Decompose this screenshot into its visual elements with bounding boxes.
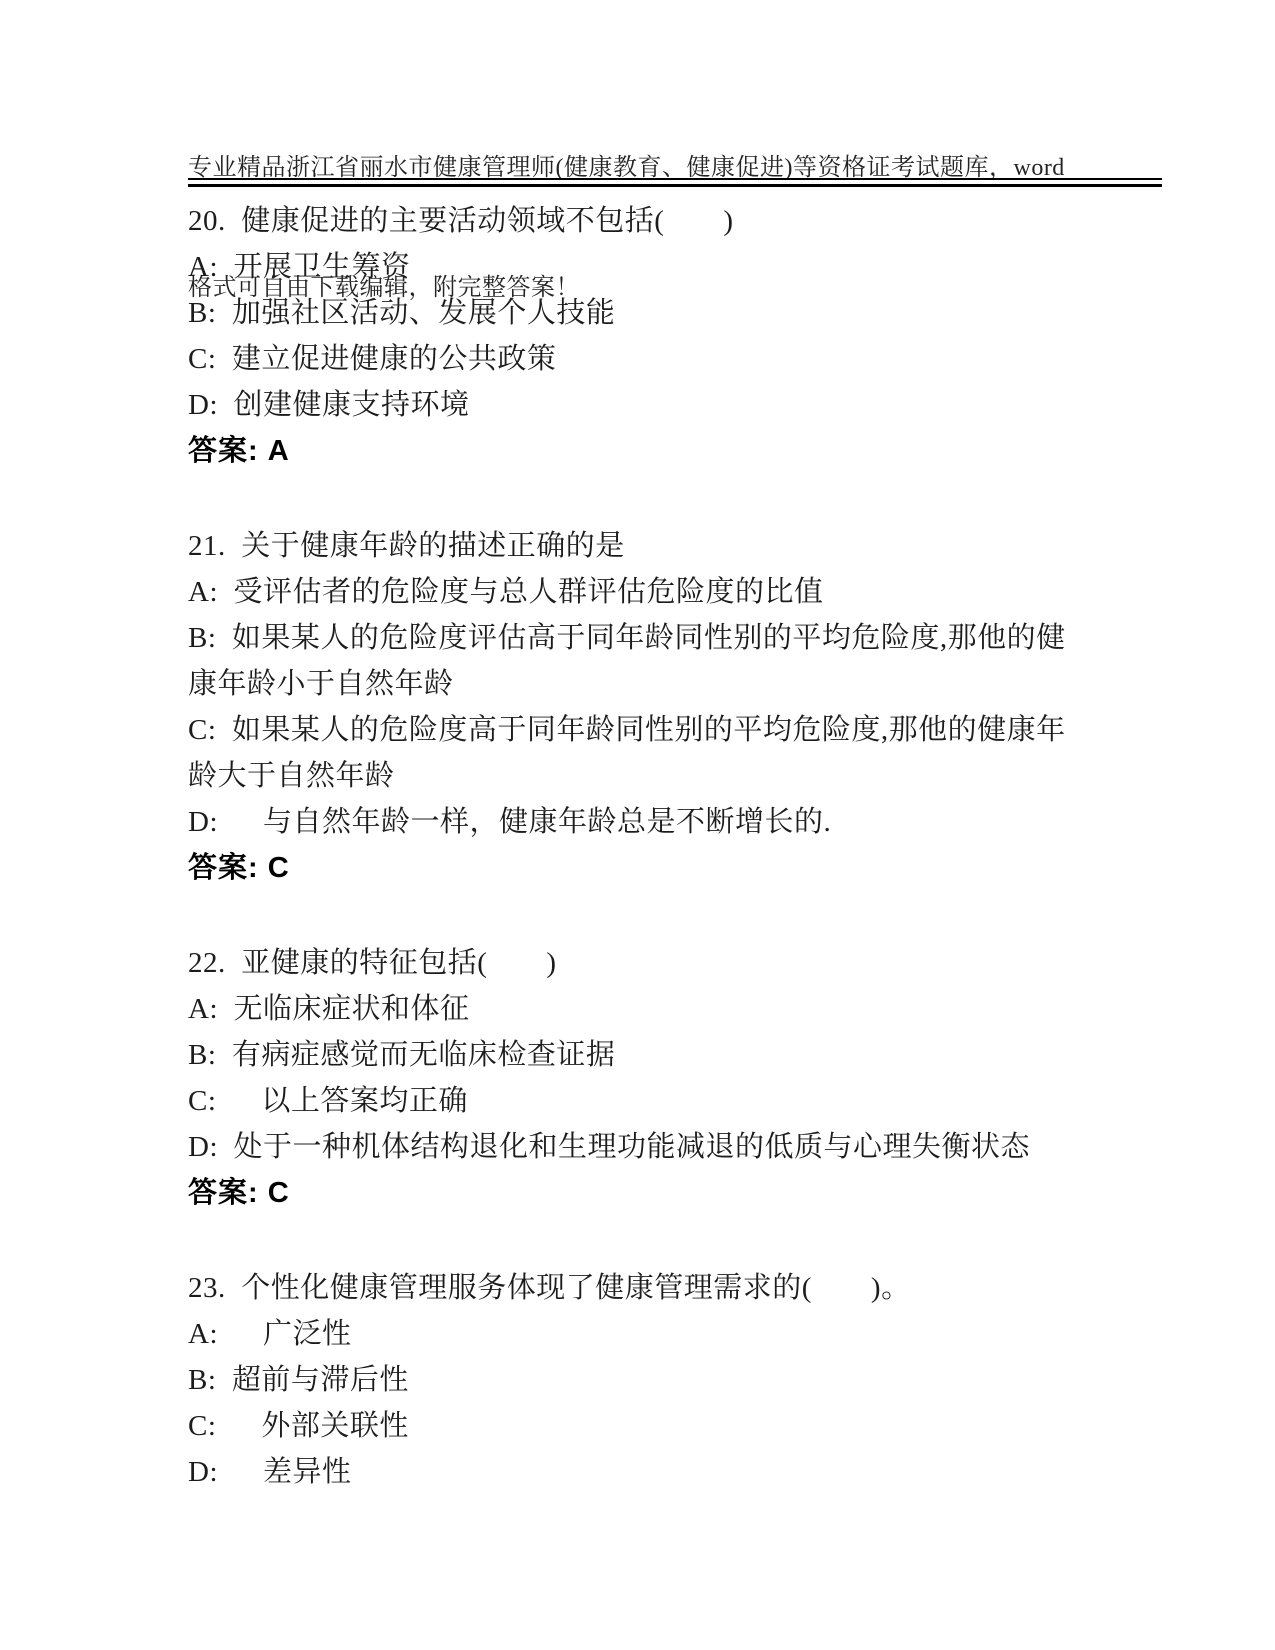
option-line: A: 开展卫生筹资 xyxy=(188,244,1178,290)
question-stem-line: 20. 健康促进的主要活动领域不包括( ) xyxy=(188,198,1178,244)
option-line: D: 处于一种机体结构退化和生理功能减退的低质与心理失衡状态 xyxy=(188,1124,1178,1170)
option-line: D: 创建健康支持环境 xyxy=(188,382,1178,428)
option-line: A: 受评估者的危险度与总人群评估危险度的比值 xyxy=(188,569,1178,615)
option-line: B: 加强社区活动、发展个人技能 xyxy=(188,290,1178,336)
question-stem-line: 21. 关于健康年龄的描述正确的是 xyxy=(188,523,1178,569)
option-line: D: 与自然年龄一样，健康年龄总是不断增长的. xyxy=(188,799,1178,845)
question-stem-line: 22. 亚健康的特征包括( ) xyxy=(188,940,1178,986)
answer-line: 答案: C xyxy=(188,1170,1178,1216)
document-page: 专业精品浙江省丽水市健康管理师(健康教育、健康促进)等资格证考试题库，word … xyxy=(0,0,1275,1650)
question-block: 20. 健康促进的主要活动领域不包括( )A: 开展卫生筹资B: 加强社区活动、… xyxy=(188,198,1178,474)
answer-line: 答案: A xyxy=(188,428,1178,474)
question-stem-line: 23. 个性化健康管理服务体现了健康管理需求的( )。 xyxy=(188,1265,1178,1311)
header-double-rule xyxy=(188,178,1162,187)
option-line: C: 建立促进健康的公共政策 xyxy=(188,336,1178,382)
option-line: 龄大于自然年龄 xyxy=(188,753,1178,799)
option-line: A: 广泛性 xyxy=(188,1311,1178,1357)
answer-line: 答案: C xyxy=(188,845,1178,891)
option-line: C: 外部关联性 xyxy=(188,1403,1178,1449)
option-line: B: 如果某人的危险度评估高于同年龄同性别的平均危险度,那他的健 xyxy=(188,615,1178,661)
question-block: 23. 个性化健康管理服务体现了健康管理需求的( )。A: 广泛性B: 超前与滞… xyxy=(188,1265,1178,1495)
option-line: C: 如果某人的危险度高于同年龄同性别的平均危险度,那他的健康年 xyxy=(188,707,1178,753)
option-line: C: 以上答案均正确 xyxy=(188,1078,1178,1124)
document-body: 20. 健康促进的主要活动领域不包括( )A: 开展卫生筹资B: 加强社区活动、… xyxy=(188,198,1178,1544)
option-line: A: 无临床症状和体征 xyxy=(188,986,1178,1032)
question-block: 22. 亚健康的特征包括( )A: 无临床症状和体征B: 有病症感觉而无临床检查… xyxy=(188,940,1178,1216)
option-line: B: 超前与滞后性 xyxy=(188,1357,1178,1403)
option-line: B: 有病症感觉而无临床检查证据 xyxy=(188,1032,1178,1078)
option-line: D: 差异性 xyxy=(188,1449,1178,1495)
question-block: 21. 关于健康年龄的描述正确的是A: 受评估者的危险度与总人群评估危险度的比值… xyxy=(188,523,1178,891)
option-line: 康年龄小于自然年龄 xyxy=(188,661,1178,707)
